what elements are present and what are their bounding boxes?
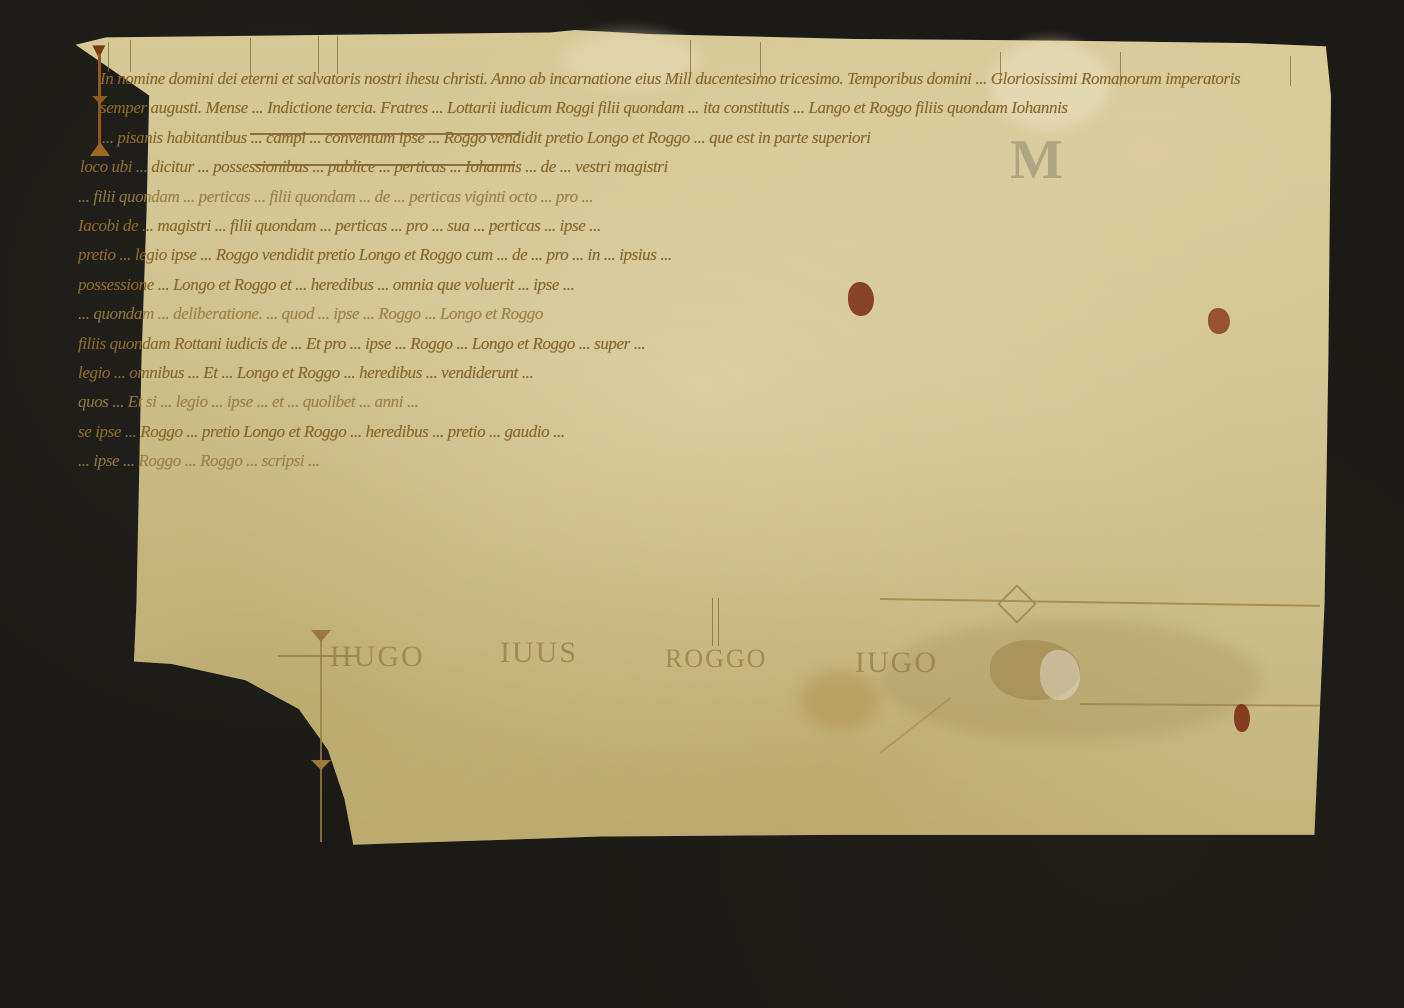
text-line: ... ipse ... Roggo ... Roggo ... scripsi… (78, 446, 898, 475)
text-line: legio ... omnibus ... Et ... Longo et Ro… (78, 358, 1330, 387)
text-line: In nomine domini dei eterni et salvatori… (90, 64, 1330, 93)
text-line: ... quondam ... deliberatione. ... quod … (78, 299, 1330, 328)
text-line: ... pisanis habitantibus ... campi ... c… (90, 123, 1330, 152)
text-line: ... filii quondam ... perticas ... filii… (78, 182, 1330, 211)
signature-ascender (712, 598, 713, 646)
text-line: pretio ... legio ipse ... Roggo vendidit… (78, 240, 1330, 269)
ink-stain (1234, 704, 1250, 732)
signature-ascender (718, 598, 719, 646)
text-line: filiis quondam Rottani iudicis de ... Et… (78, 329, 1330, 358)
signum-cross-stem (320, 632, 322, 842)
ink-stain (848, 282, 874, 316)
text-line: semper augusti. Mense ... Indictione ter… (90, 93, 1330, 122)
charter-text: In nomine domini dei eterni et salvatori… (90, 64, 1330, 475)
ink-stain (1208, 308, 1230, 334)
text-line: loco ubi ... dicitur ... possessionibus … (80, 152, 1330, 181)
signature-iugo: IUGO (855, 646, 938, 680)
text-line: quos ... Et si ... legio ... ipse ... et… (78, 387, 1330, 416)
signature-roggo: ROGGO (665, 644, 767, 674)
signature-iuus: IUUS (500, 636, 578, 670)
signum-cross-bottom (311, 760, 331, 770)
text-line: se ipse ... Roggo ... pretio Longo et Ro… (78, 417, 1330, 446)
text-line: possessione ... Longo et Roggo et ... he… (78, 270, 1330, 299)
signature-hugo: HUGO (330, 640, 425, 674)
text-line: Iacobi de ... magistri ... filii quondam… (78, 211, 1330, 240)
water-stain (1040, 650, 1080, 700)
